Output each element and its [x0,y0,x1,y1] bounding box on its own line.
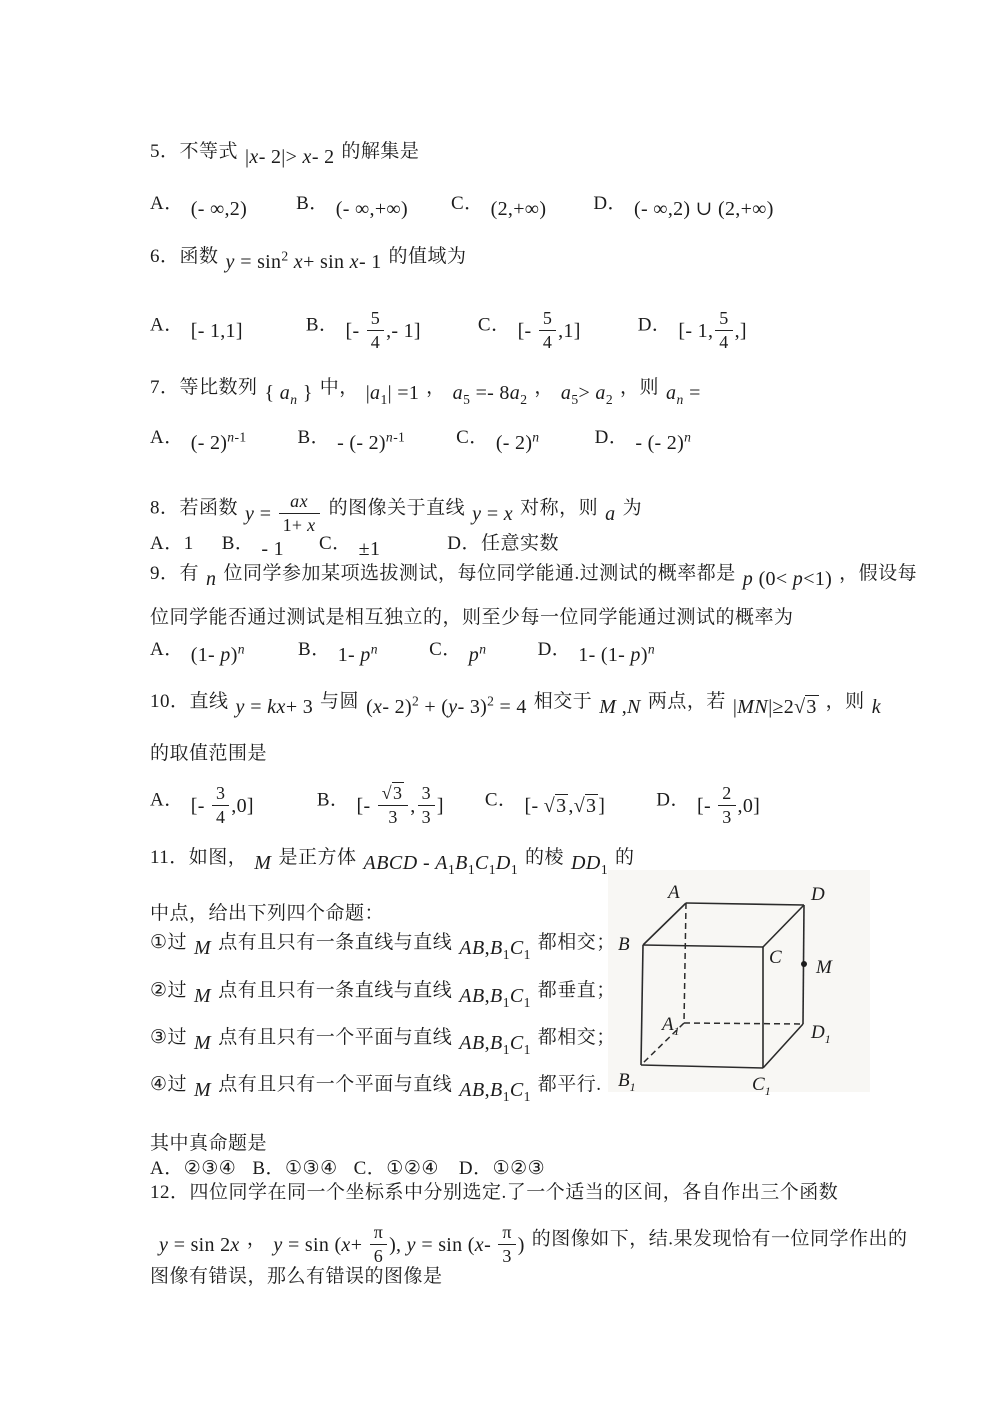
cn-text: D．任意实数 [447,533,559,554]
cn-text: 10．直线 [150,691,229,712]
cn-text: A． [150,193,184,214]
math-formula: (- ∞,+∞) [336,198,408,220]
cn-text: 是正方体 [278,847,356,868]
cn-text: B．①③④ [252,1158,337,1179]
cn-text: ③过 [150,1027,187,1048]
cn-text: 为 [623,498,643,519]
cn-text: C． [429,639,462,660]
q11-line-1: 11．如图，M是正方体ABCD - A1B1C1D1的棱DD1的 [150,844,634,871]
math-formula: [- 54,- 1] [346,320,421,342]
q12-line-2: y = sin 2x，y = sin (x+ π6), y = sin (x- … [152,1217,908,1263]
cn-text: 都相交； [538,932,616,953]
cn-text: B． [298,639,331,660]
math-formula: n [206,568,217,590]
math-formula: ±1 [359,538,381,560]
q6-stem: 6．函数y = sin2 x+ sin x- 1的值域为 [150,243,467,270]
cn-text: 两点，若 [648,691,726,712]
math-formula: a5 =- 8a2 [453,382,528,404]
cn-text: ，则 [826,691,865,712]
cn-text: 点有且只有一条直线与直线 [218,980,452,1001]
math-formula: |x- 2|> x- 2 [245,146,334,168]
cn-text: ，假设每 [839,563,917,584]
math-formula: p (0< p<1) [743,568,832,590]
math-formula: 1- pn [338,644,378,666]
cn-text: 的解集是 [341,141,419,162]
cn-text: ④过 [150,1074,187,1095]
cn-text: B． [317,790,350,811]
q11-prop-3: ③过M点有且只有一个平面与直线AB,B1C1都相交； [150,1024,616,1051]
math-formula: 1- (1- p)n [578,644,655,666]
q11-true-prompt: 其中真命题是 [150,1131,267,1157]
cn-text: ， [426,377,446,398]
cn-text: C． [451,193,484,214]
cn-text: 位同学能否通过测试是相互独立的，则至少每一位同学能通过测试的概率为 [150,607,794,628]
spacer [194,548,222,549]
math-formula: [- √3,√3] [525,795,606,817]
spacer [428,330,478,331]
q11-prop-4: ④过M点有且只有一个平面与直线AB,B1C1都平行. [150,1071,602,1098]
math-formula: (- 2)n-1 [191,432,247,454]
q8-stem: 8．若函数y = ax1+ x的图像关于直线y = x对称，则a为 [150,486,642,532]
spacer [254,208,296,209]
math-formula: M [194,937,211,959]
cn-text: 对称，则 [520,498,598,519]
cn-text: 点有且只有一个平面与直线 [218,1074,452,1095]
math-formula: y = sin (x+ π6), y = sin (x- π3) [273,1234,524,1256]
cn-text: B． [222,533,255,554]
cn-text: ， [247,1229,267,1250]
math-formula: pn [469,644,487,666]
math-formula: - (- 2)n [635,432,691,454]
math-formula: y = sin 2x [159,1234,240,1256]
exam-page: 面上,AB = 4A₁ = BC长方体ABCD—A₁B₁C₁点(x₀,y₀)在曲… [0,0,1000,1415]
cn-text: 中点，给出下列四个命题： [150,903,384,924]
cube-figure: A D B C M A1 D1 B1 C1 [606,860,871,1098]
math-formula: - (- 2)n-1 [337,432,405,454]
cn-text: 点有且只有一条直线与直线 [218,932,452,953]
spacer [412,442,456,443]
cn-text: 的图像如下，结.果发现恰有一位同学作出的 [532,1229,908,1250]
cn-text: B． [296,193,329,214]
cn-text: D．①②③ [459,1158,545,1179]
cn-text: D． [656,790,690,811]
math-formula: AB,B1C1 [459,1079,531,1101]
vertex-label-c: C [769,947,782,968]
spacer [385,654,429,655]
math-formula: a5> a2 [561,382,613,404]
math-formula: AB,B1C1 [459,985,531,1007]
cn-text: 的 [615,847,635,868]
cn-text: 其中真命题是 [150,1133,267,1154]
spacer [439,1173,459,1174]
math-formula: M [194,1032,211,1054]
math-formula: (1- p)n [191,644,245,666]
q11-line-2: 中点，给出下列四个命题： [150,901,384,927]
cn-text: C． [456,427,489,448]
math-formula: (2,+∞) [491,198,547,220]
q12-line-3: 图像有错误，那么有错误的图像是 [150,1264,443,1290]
math-formula: y = kx+ 3 [236,696,314,718]
math-formula: y = ax1+ x [245,503,322,525]
cn-text: 都相交； [538,1027,616,1048]
cn-text: 5．不等式 [150,141,238,162]
math-formula: M [194,985,211,1007]
math-formula: [- 1,1] [191,320,243,342]
math-formula: (- ∞,2) ∪ (2,+∞) [634,198,774,220]
math-formula: ABCD - A1B1C1D1 [363,852,517,874]
q9-line-2: 位同学能否通过测试是相互独立的，则至少每一位同学能通过测试的概率为 [150,605,794,631]
math-formula: { an } [265,382,313,404]
cn-text: ，则 [620,377,659,398]
cn-text: 的值域为 [389,246,467,267]
q9-line-1: 9．有n位同学参加某项选拔测试，每位同学能通.过测试的概率都是p (0< p<1… [150,560,917,587]
q10-line-2: 的取值范围是 [150,741,267,767]
math-formula: y = x [472,503,513,525]
q7-stem: 7．等比数列{ an }中，|a1| =1，a5 =- 8a2，a5> a2，则… [150,374,708,401]
cn-text: D． [595,427,629,448]
math-formula: [- √33,33] [357,795,444,817]
spacer [612,805,656,806]
spacer [451,805,485,806]
q6-options: A．[- 1,1]B．[- 54,- 1]C．[- 54,1]D．[- 1,54… [150,303,754,349]
cn-text: C． [478,315,511,336]
spacer [338,1173,354,1174]
cn-text: 与圆 [320,691,359,712]
math-formula: AB,B1C1 [459,937,531,959]
cn-text: A． [150,790,184,811]
q5-options: A．(- ∞,2)B．(- ∞,+∞)C．(2,+∞)D．(- ∞,2) ∪ (… [150,190,781,217]
cn-text: 相交于 [534,691,593,712]
cn-text: 8．若函数 [150,498,238,519]
cn-text: 11．如图， [150,847,247,868]
vertex-label-d: D [810,884,825,905]
cn-text: C．①②④ [354,1158,439,1179]
cn-text: D． [593,193,627,214]
spacer [494,654,538,655]
spacer [553,208,593,209]
cn-text: A． [150,315,184,336]
cn-text: D． [638,315,672,336]
math-formula: a [605,503,616,525]
q11-prop-2: ②过M点有且只有一条直线与直线AB,B1C1都垂直； [150,977,616,1004]
q10-line-1: 10．直线y = kx+ 3与圆(x- 2)2 + (y- 3)2 = 4相交于… [150,688,888,715]
math-formula: an = [666,382,701,404]
spacer [415,208,451,209]
math-formula: AB,B1C1 [459,1032,531,1054]
math-formula: |MN|≥2√3 [733,696,819,718]
spacer [252,654,298,655]
cn-text: 9．有 [150,563,199,584]
cn-text: 位同学参加某项选拔测试，每位同学能通.过测试的概率都是 [224,563,736,584]
cn-text: ②过 [150,980,187,1001]
spacer [253,442,297,443]
cn-text: D． [538,639,572,660]
math-formula: k [872,696,881,718]
math-formula: M ,N [599,696,641,718]
cn-text: 都垂直； [538,980,616,1001]
midpoint-m-dot [801,961,807,967]
cn-text: 6．函数 [150,246,219,267]
math-formula: (- ∞,2) [191,198,247,220]
cn-text: B． [306,315,339,336]
spacer [236,1173,252,1174]
cn-text: A．②③④ [150,1158,236,1179]
cn-text: 的棱 [525,847,564,868]
q10-options: A．[- 34,0]B．[- √33,33]C．[- √3,√3]D．[- 23… [150,778,767,824]
math-formula: M [194,1079,211,1101]
math-formula: y = sin2 x+ sin x- 1 [226,251,382,273]
vertex-label-b: B [618,934,630,955]
cn-text: A．1 [150,533,194,554]
spacer [547,442,595,443]
vertex-label-a: A [666,882,680,903]
cn-text: 图像有错误，那么有错误的图像是 [150,1266,443,1287]
cn-text: 都平行. [538,1074,602,1095]
cn-text: C． [485,790,518,811]
cn-text: 7．等比数列 [150,377,258,398]
math-formula: DD1 [571,852,608,874]
q11-prop-1: ①过M点有且只有一条直线与直线AB,B1C1都相交； [150,929,616,956]
math-formula: (x- 2)2 + (y- 3)2 = 4 [366,696,527,718]
cn-text: B． [297,427,330,448]
cn-text: A． [150,639,184,660]
cn-text: ①过 [150,932,187,953]
spacer [250,330,306,331]
cn-text: 点有且只有一个平面与直线 [218,1027,452,1048]
cn-text: C． [319,533,352,554]
cn-text: A． [150,427,184,448]
cn-text: 的取值范围是 [150,743,267,764]
q5-stem: 5．不等式|x- 2|> x- 2的解集是 [150,138,419,165]
q9-options: A．(1- p)nB．1- pnC．pnD．1- (1- p)n [150,636,662,663]
vertex-label-m: M [815,957,833,978]
q12-line-1: 12．四位同学在同一个坐标系中分别选定.了一个适当的区间，各自作出三个函数 [150,1180,838,1206]
q11-options: A．②③④B．①③④C．①②④D．①②③ [150,1156,545,1182]
math-formula: [- 1,54,] [678,320,746,342]
cn-text: ， [534,377,554,398]
cn-text: 中， [320,377,359,398]
q7-options: A．(- 2)n-1B．- (- 2)n-1C．(- 2)nD．- (- 2)n [150,424,698,451]
spacer [261,805,317,806]
spacer [291,548,319,549]
math-formula: (- 2)n [496,432,540,454]
cn-text: 12．四位同学在同一个坐标系中分别选定.了一个适当的区间，各自作出三个函数 [150,1182,838,1203]
math-formula: [- 54,1] [518,320,581,342]
spacer [387,548,447,549]
spacer [588,330,638,331]
math-formula: [- 34,0] [191,795,254,817]
cn-text: 的图像关于直线 [329,498,466,519]
math-formula: |a1| =1 [366,382,419,404]
q8-options: A．1B．- 1C．±1D．任意实数 [150,530,559,557]
math-formula: [- 23,0] [697,795,760,817]
math-formula: M [254,852,271,874]
math-formula: - 1 [261,538,284,560]
